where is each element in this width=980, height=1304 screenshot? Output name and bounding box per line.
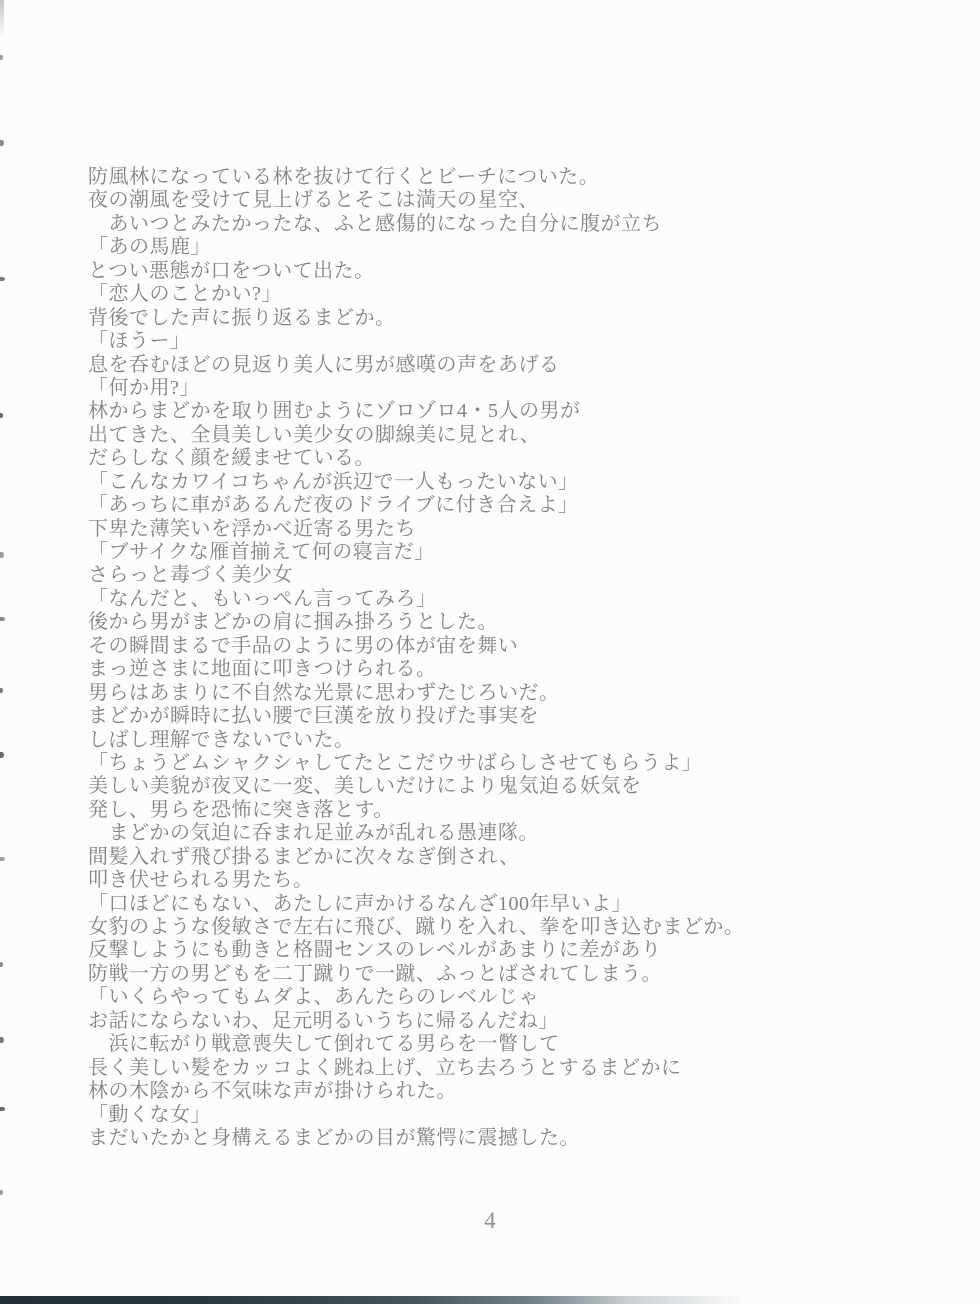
scanned-document-page: 防風林になっている林を抜けて行くとビーチについた。夜の潮風を受けて見上げるとそこ… — [0, 0, 980, 1304]
text-line: 林の木陰から不気味な声が掛けられた。 — [88, 1080, 888, 1103]
text-line: 防戦一方の男どもを二丁蹴りで一蹴、ふっとばされてしまう。 — [88, 963, 888, 986]
text-line: 美しい美貌が夜叉に一変、美しいだけにより鬼気迫る妖気を — [88, 775, 888, 798]
scan-speck — [0, 962, 3, 967]
scan-speck — [0, 617, 5, 621]
text-line: しばし理解できないでいた。 — [88, 729, 888, 752]
scan-edge-shadow — [0, 1296, 980, 1304]
text-line: 林からまどかを取り囲むようにゾロゾロ4・5人の男が — [88, 400, 888, 423]
text-line: 反撃しようにも動きと格闘センスのレベルがあまりに差があり — [88, 939, 888, 962]
scan-speck — [0, 552, 4, 558]
text-line: まどかが瞬時に払い腰で巨漢を放り投げた事実を — [88, 705, 888, 728]
text-line: 長く美しい髪をカッコよく跳ね上げ、立ち去ろうとするまどかに — [88, 1057, 888, 1080]
text-line: 浜に転がり戦意喪失して倒れてる男らを一瞥して — [88, 1033, 888, 1056]
text-line: 「ほうー」 — [88, 330, 888, 353]
scan-speck — [0, 857, 5, 861]
text-line: まどかの気迫に呑まれ足並みが乱れる愚連隊。 — [88, 822, 888, 845]
text-line: あいつとみたかったな、ふと感傷的になった自分に腹が立ち — [88, 213, 888, 236]
text-line: 「なんだと、もいっぺん言ってみろ」 — [88, 588, 888, 611]
text-line: お話にならないわ、足元明るいうちに帰るんだね」 — [88, 1010, 888, 1033]
text-line: まっ逆さまに地面に叩きつけられる。 — [88, 658, 888, 681]
text-line: 「動くな女」 — [88, 1104, 888, 1127]
scan-speck — [0, 140, 4, 146]
text-line: 息を呑むほどの見返り美人に男が感嘆の声をあげる — [88, 354, 888, 377]
text-line: 「ブサイクな雁首揃えて何の寝言だ」 — [88, 541, 888, 564]
text-line: 「ちょうどムシャクシャしてたとこだウサばらしさせてもらうよ」 — [88, 752, 888, 775]
scan-speck — [0, 688, 3, 693]
text-line: 防風林になっている林を抜けて行くとビーチについた。 — [88, 166, 888, 189]
text-line: 「あの馬鹿」 — [88, 236, 888, 259]
text-line: その瞬間まるで手品のように男の体が宙を舞い — [88, 635, 888, 658]
text-line: とつい悪態が口をついて出た。 — [88, 260, 888, 283]
text-line: 「口ほどにもない、あたしに声かけるなんざ100年早いよ」 — [88, 893, 888, 916]
scan-speck — [0, 1037, 4, 1043]
scan-speck — [0, 277, 5, 281]
text-line: まだいたかと身構えるまどかの目が驚愕に震撼した。 — [88, 1127, 888, 1150]
scan-speck — [0, 1190, 3, 1195]
text-line: 「何か用?」 — [88, 377, 888, 400]
body-text-block: 防風林になっている林を抜けて行くとビーチについた。夜の潮風を受けて見上げるとそこ… — [88, 166, 888, 1150]
text-line: 後から男がまどかの肩に掴み掛ろうとした。 — [88, 611, 888, 634]
text-line: 叩き伏せられる男たち。 — [88, 869, 888, 892]
scan-speck — [0, 413, 3, 418]
text-line: 「こんなカワイコちゃんが浜辺で一人もったいない」 — [88, 471, 888, 494]
scan-edge-smudge — [0, 0, 4, 38]
scan-speck — [0, 1107, 5, 1111]
text-line: 「あっちに車があるんだ夜のドライブに付き合えよ」 — [88, 494, 888, 517]
text-line: 背後でした声に振り返るまどか。 — [88, 307, 888, 330]
text-line: 発し、男らを恐怖に突き落とす。 — [88, 799, 888, 822]
page-number: 4 — [0, 1208, 980, 1234]
text-line: 夜の潮風を受けて見上げるとそこは満天の星空、 — [88, 189, 888, 212]
scan-speck — [0, 752, 4, 758]
text-line: 女豹のような俊敏さで左右に飛び、蹴りを入れ、拳を叩き込むまどか。 — [88, 916, 888, 939]
text-line: 男らはあまりに不自然な光景に思わずたじろいだ。 — [88, 682, 888, 705]
text-line: 間髪入れず飛び掛るまどかに次々なぎ倒され、 — [88, 846, 888, 869]
scan-speck — [0, 55, 3, 60]
text-line: 出てきた、全員美しい美少女の脚線美に見とれ、 — [88, 424, 888, 447]
text-line: さらっと毒づく美少女 — [88, 564, 888, 587]
text-line: 「いくらやってもムダよ、あんたらのレベルじゃ — [88, 986, 888, 1009]
text-line: 「恋人のことかい?」 — [88, 283, 888, 306]
text-line: だらしなく顔を緩ませている。 — [88, 447, 888, 470]
text-line: 下卑た薄笑いを浮かべ近寄る男たち — [88, 518, 888, 541]
